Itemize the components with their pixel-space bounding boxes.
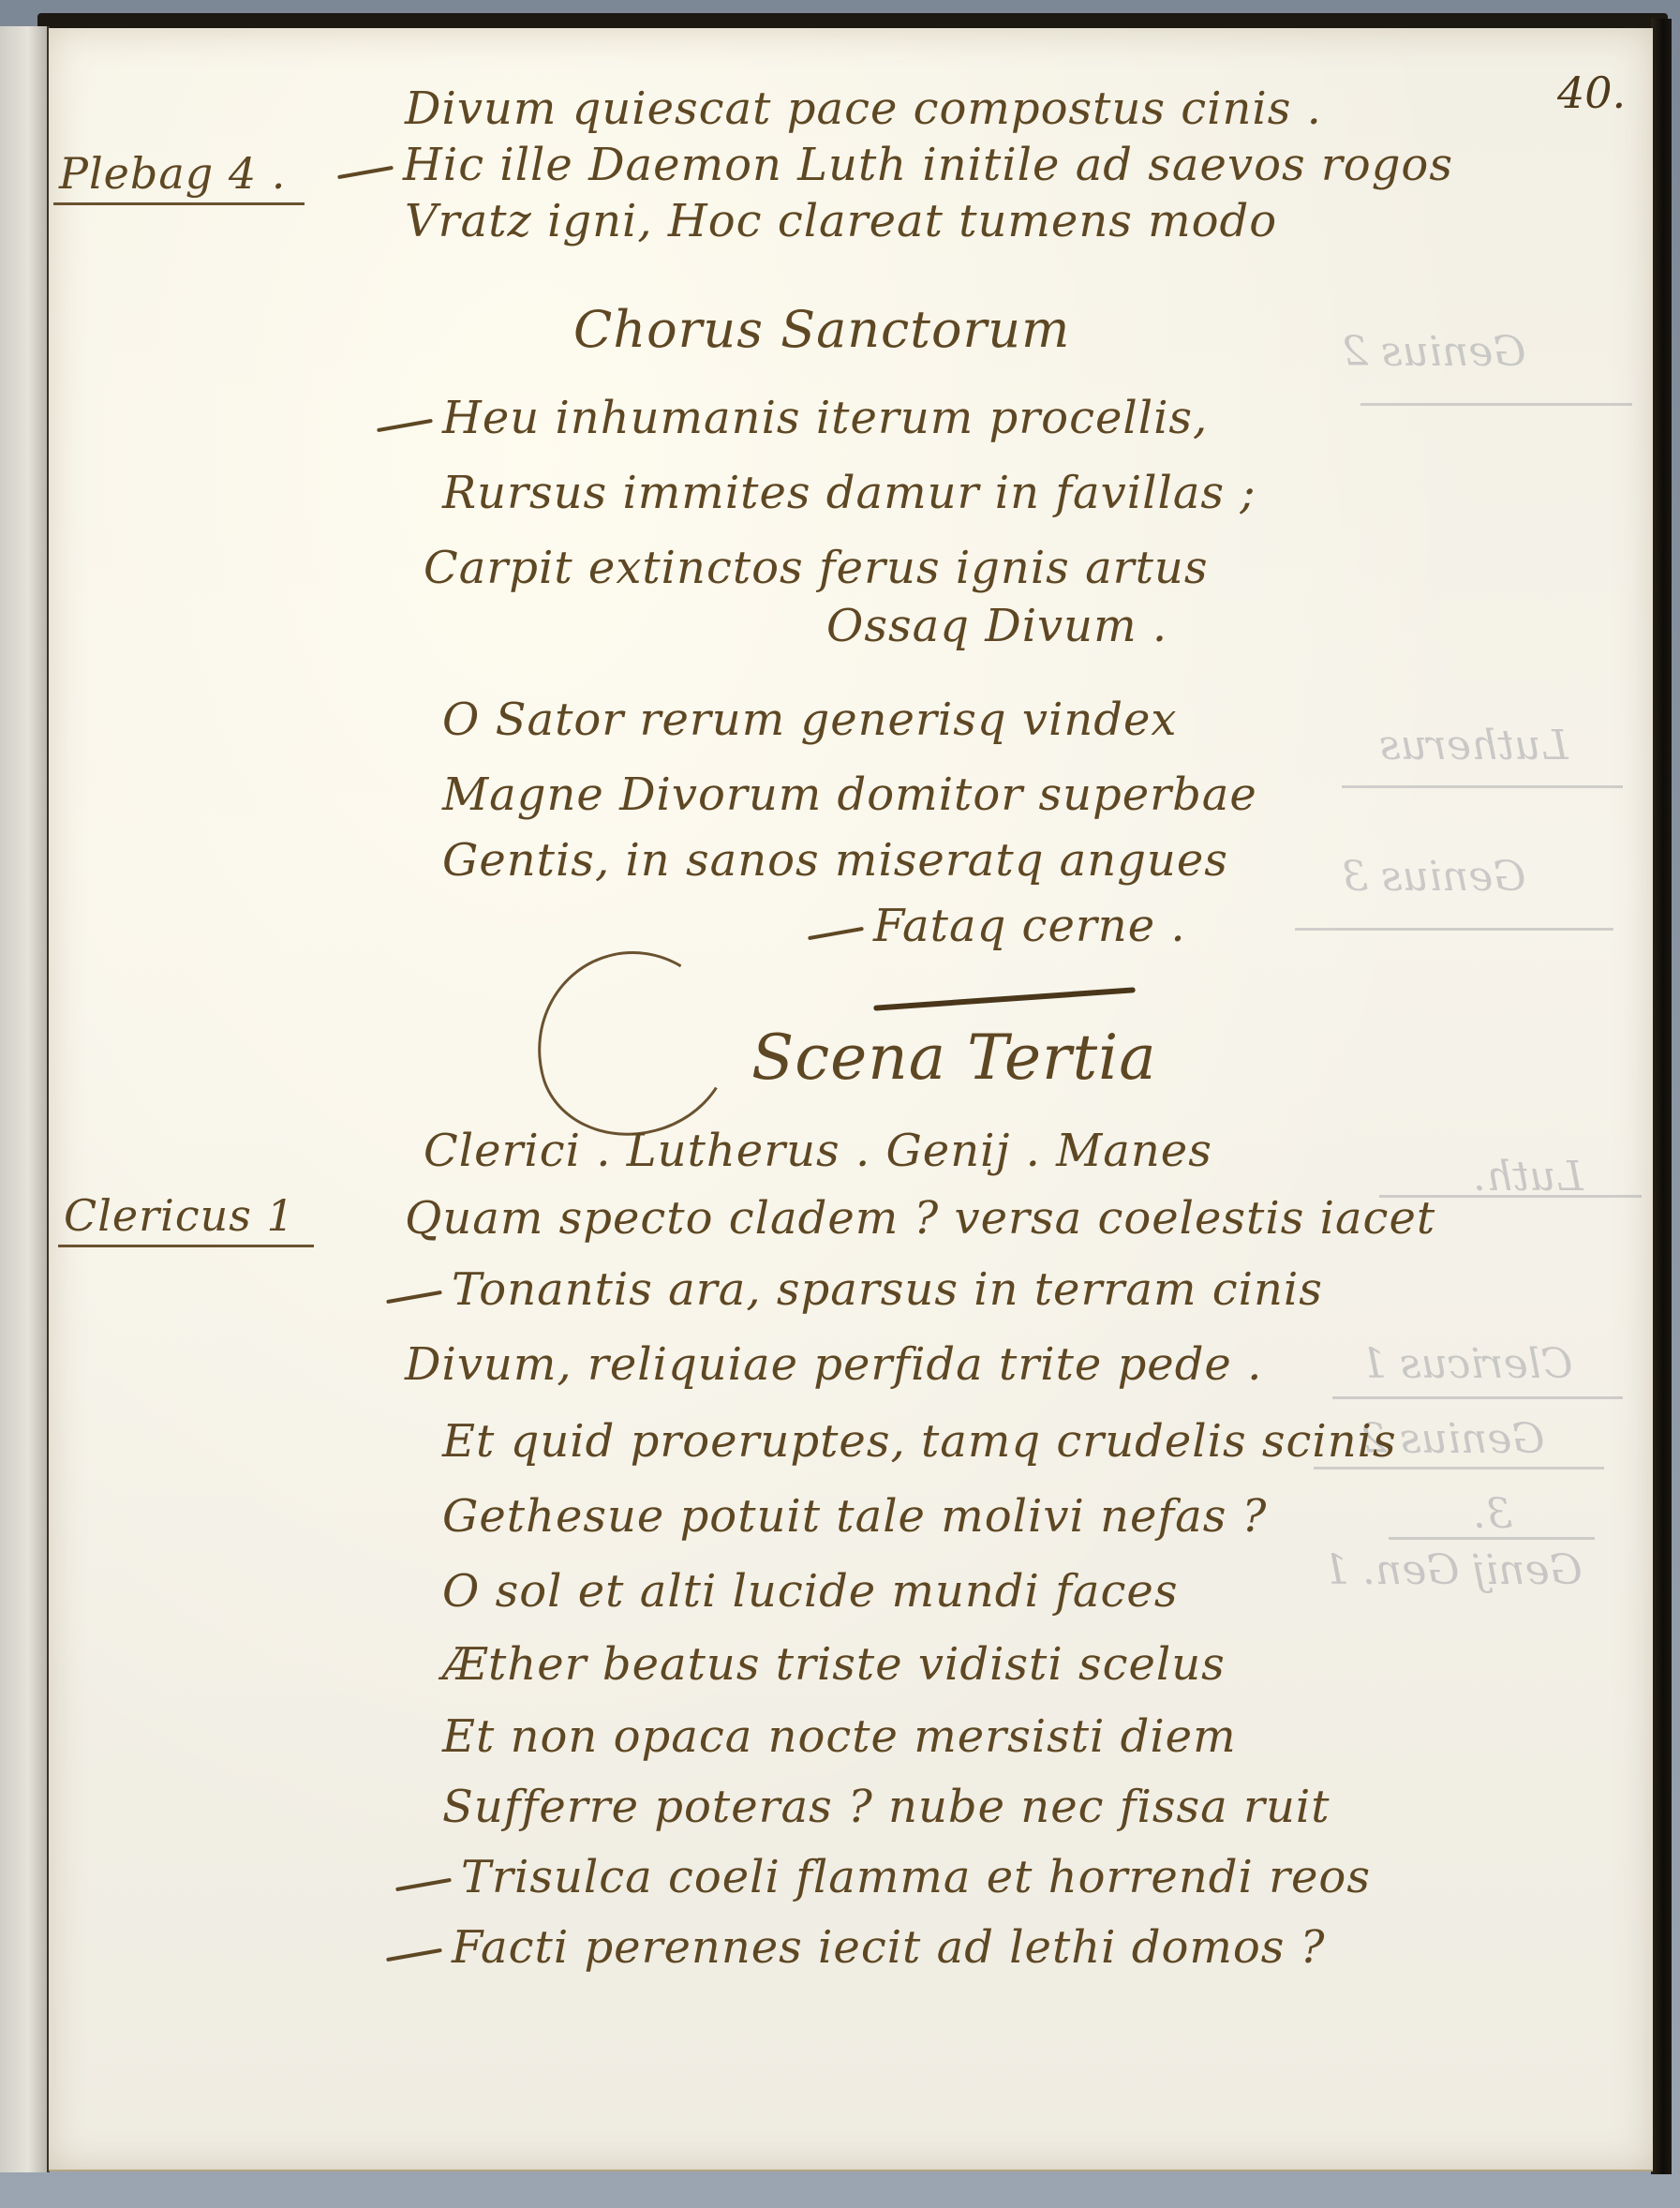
bleed-through-rule <box>1389 1537 1595 1540</box>
verse-line: Gethesue potuit tale molivi nefas ? <box>442 1490 1267 1543</box>
bleed-through-rule <box>1295 928 1613 931</box>
verse-line: Ossaq Divum . <box>826 600 1167 652</box>
decorative-initial-s <box>515 930 750 1157</box>
verse-line: O sol et alti lucide mundi faces <box>442 1565 1178 1618</box>
verse-line: Facti perennes iecit ad lethi domos ? <box>452 1921 1325 1974</box>
bleed-through-rule <box>1360 403 1632 406</box>
verse-line: O Sator rerum generisq vindex <box>442 694 1177 746</box>
verse-line: Heu inhumanis iterum procellis, <box>442 392 1208 444</box>
verse-line: Quam specto cladem ? versa coelestis iac… <box>405 1192 1435 1245</box>
book-spine-edge <box>1651 19 1672 2174</box>
verse-line: Et non opaca nocte mersisti diem <box>442 1710 1237 1763</box>
bleed-through-text: Genius 3 <box>1342 853 1526 901</box>
bleed-through-text: Lutherus <box>1379 722 1568 769</box>
verse-line: Sufferre poteras ? nube nec fissa ruit <box>442 1781 1331 1833</box>
bleed-through-text: Luth. <box>1473 1153 1583 1201</box>
bleed-through-text: Clericus 1 <box>1360 1340 1572 1388</box>
bleed-through-text: Genij Gen. 1 <box>1323 1546 1583 1594</box>
margin-speaker-label: Plebag 4 . <box>53 148 305 205</box>
bleed-through-text: 3. <box>1473 1490 1512 1538</box>
manuscript-page: 40. Genius 2 Lutherus Genius 3 Luth. Cle… <box>49 28 1653 2171</box>
verse-line: Trisulca coeli flamma et horrendi reos <box>461 1851 1371 1903</box>
verse-line: Hic ille Daemon Luth initile ad saevos r… <box>403 139 1453 191</box>
verse-line: Divum quiescat pace compostus cinis . <box>405 82 1322 135</box>
verse-line: Fataq cerne . <box>873 900 1186 952</box>
bleed-through-rule <box>1332 1396 1623 1399</box>
verse-line: Æther beatus triste vidisti scelus <box>442 1638 1226 1691</box>
verse-line: Carpit extinctos ferus ignis artus <box>424 542 1208 594</box>
previous-leaf-edge <box>0 26 50 2172</box>
verse-line: Rursus immites damur in favillas ; <box>442 467 1256 519</box>
verse-line: Divum, reliquiae perfida trite pede . <box>405 1338 1262 1391</box>
margin-speaker-label: Clericus 1 <box>58 1190 314 1247</box>
verse-line: Vratz igni, Hoc clareat tumens modo <box>405 195 1277 247</box>
bleed-through-rule <box>1342 785 1623 788</box>
page-number: 40. <box>1557 67 1626 118</box>
verse-line: Gentis, in sanos miseratq angues <box>442 834 1228 887</box>
scene-title: Scena Tertia <box>751 1022 1157 1094</box>
verse-line: Et quid proeruptes, tamq crudelis scinis <box>442 1415 1397 1468</box>
scene-personae: Clerici . Lutherus . Genij . Manes <box>424 1125 1212 1177</box>
verse-line: Tonantis ara, sparsus in terram cinis <box>452 1263 1323 1316</box>
title-flourish <box>873 987 1136 1011</box>
verse-line: Magne Divorum domitor superbae <box>442 768 1257 821</box>
chorus-heading: Chorus Sanctorum <box>573 300 1070 359</box>
bleed-through-text: Genius 2 <box>1342 328 1526 376</box>
